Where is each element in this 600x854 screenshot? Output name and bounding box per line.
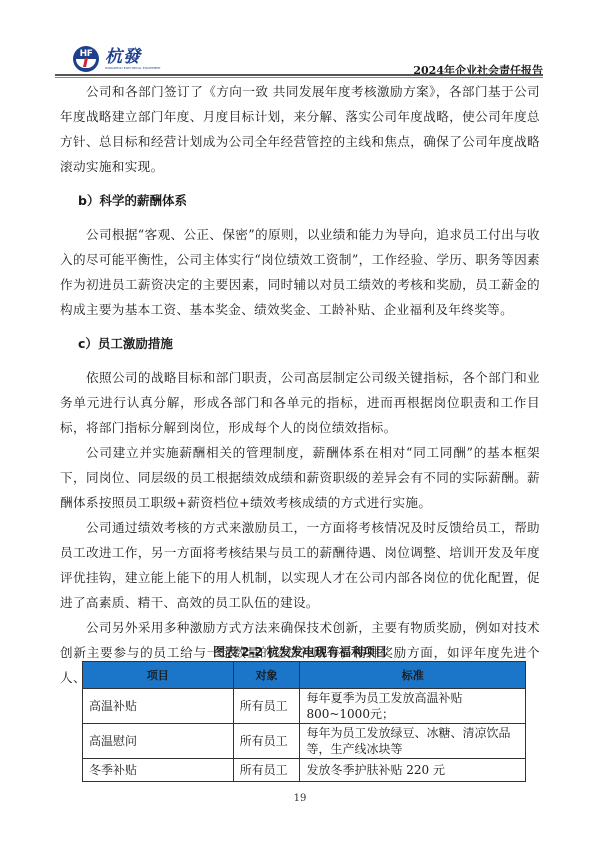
- column-header-target: 对象: [233, 662, 300, 689]
- table-cell: 高温补贴: [83, 689, 234, 724]
- table-cell: 所有员工: [233, 724, 300, 759]
- paragraph-performance-incentive: 公司通过绩效考核的方式来激励员工，一方面将考核情况及时反馈给员工，帮助员工改进工…: [60, 515, 540, 615]
- section-heading-incentives: c）员工激励措施: [78, 331, 540, 356]
- table-cell: 每年为员工发放绿豆、冰糖、清凉饮品等，生产线冰块等: [300, 724, 526, 759]
- table-header-row: 项目 对象 标准: [83, 662, 526, 689]
- document-page: HF 杭發 HANGZHOU ELECTRICAL EQUIPMENT 2024…: [0, 0, 600, 854]
- company-logo: HF 杭發 HANGZHOU ELECTRICAL EQUIPMENT: [73, 43, 161, 75]
- table-row: 高温慰问 所有员工 每年为员工发放绿豆、冰糖、清凉饮品等，生产线冰块等: [83, 724, 526, 759]
- logo-chinese-name: 杭發: [105, 48, 161, 66]
- header-divider-thin: [55, 77, 543, 78]
- paragraph-kpi-breakdown: 依照公司的战略目标和部门职责，公司高层制定公司级关键指标，各个部门和业务单元进行…: [60, 365, 540, 440]
- table-cell: 所有员工: [233, 689, 300, 724]
- paragraph-assessment-plan: 公司和各部门签订了《方向一致 共同发展年度考核激励方案》，各部门基于公司年度战略…: [60, 79, 540, 179]
- section-heading-salary-system: b）科学的薪酬体系: [78, 188, 540, 213]
- table-cell: 发放冬季护肤补贴 220 元: [300, 759, 526, 782]
- page-number: 19: [0, 793, 600, 804]
- table-cell: 每年夏季为员工发放高温补贴 800~1000元；: [300, 689, 526, 724]
- table-row: 高温补贴 所有员工 每年夏季为员工发放高温补贴 800~1000元；: [83, 689, 526, 724]
- body-content: 公司和各部门签订了《方向一致 共同发展年度考核激励方案》，各部门基于公司年度战略…: [60, 79, 540, 690]
- logo-english-name: HANGZHOU ELECTRICAL EQUIPMENT: [105, 66, 161, 70]
- hf-logo-icon: HF: [73, 46, 99, 72]
- column-header-item: 项目: [83, 662, 234, 689]
- paragraph-salary-system: 公司根据“客观、公正、保密”的原则，以业绩和能力为导向，追求员工付出与收入的尽可…: [60, 222, 540, 322]
- table-cell: 所有员工: [233, 759, 300, 782]
- table-cell: 高温慰问: [83, 724, 234, 759]
- table-row: 冬季补贴 所有员工 发放冬季护肤补贴 220 元: [83, 759, 526, 782]
- table-cell: 冬季补贴: [83, 759, 234, 782]
- header-divider: [55, 74, 543, 76]
- table-caption: 图表 2-2 杭发发电现有福利项目: [0, 643, 600, 660]
- welfare-table: 项目 对象 标准 高温补贴 所有员工 每年夏季为员工发放高温补贴 800~100…: [82, 661, 526, 782]
- paragraph-salary-management: 公司建立并实施薪酬相关的管理制度，薪酬体系在相对“同工同酬”的基本框架下，同岗位…: [60, 440, 540, 515]
- column-header-standard: 标准: [300, 662, 526, 689]
